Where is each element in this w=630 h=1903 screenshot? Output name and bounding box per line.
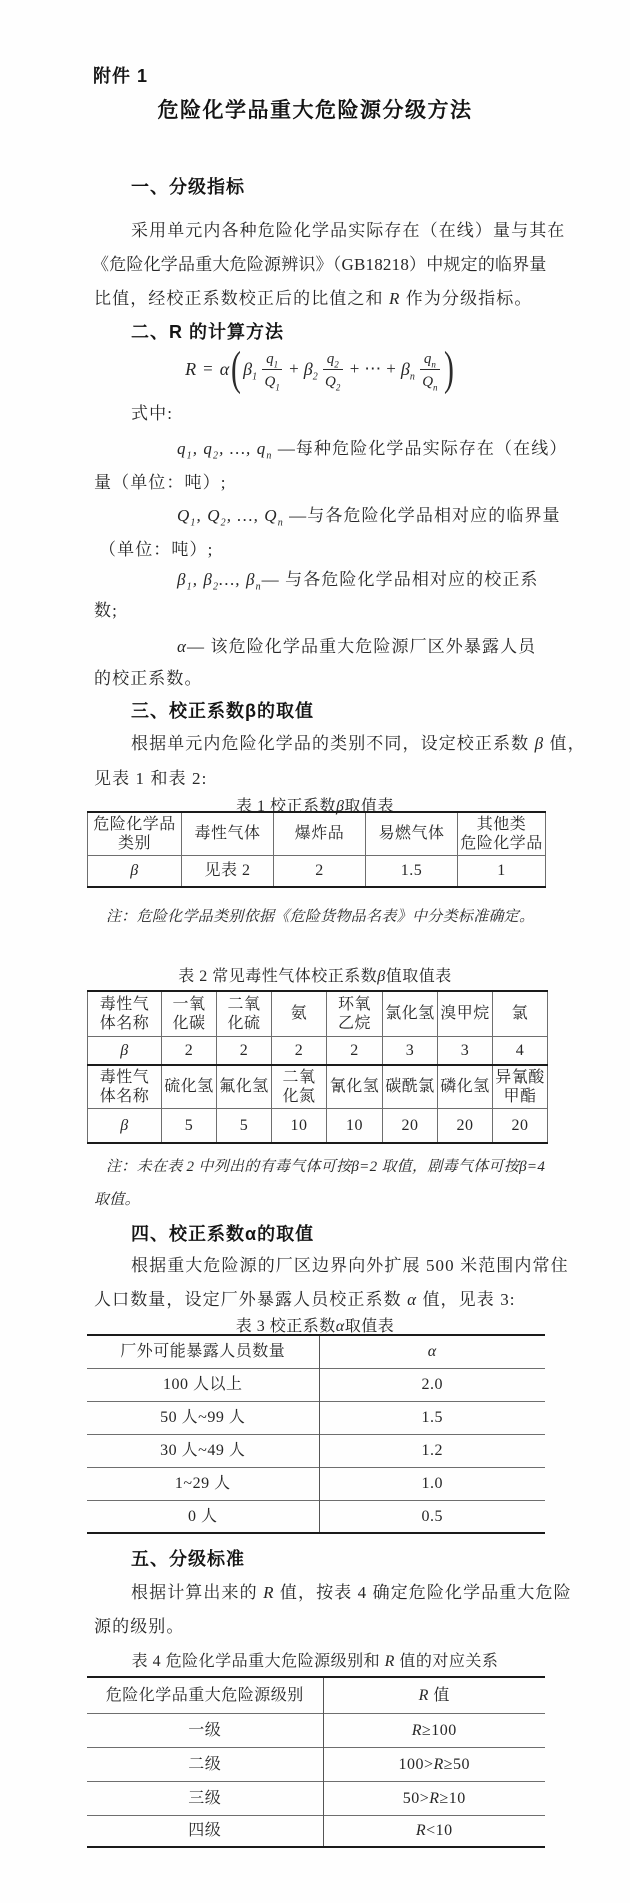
table-cell: 30 人~49 人 <box>87 1434 319 1467</box>
table-cell: 氟化氢 <box>217 1065 272 1108</box>
table-cell: 氯化氢 <box>383 991 438 1036</box>
table-cell: 毒性气体名称 <box>88 991 162 1036</box>
table-cell: 2 <box>274 855 366 887</box>
table-cell: β <box>88 1108 162 1143</box>
table-4-grade-r-mapping: 危险化学品重大危险源级别 R 值 一级 R≥100 二级 100>R≥50 三级… <box>87 1676 545 1848</box>
table-cell: 四级 <box>87 1815 323 1847</box>
formula-term-2: β2 <box>304 359 318 380</box>
table-cell: 二氧化氮 <box>272 1065 327 1108</box>
table-cell: 20 <box>383 1108 438 1143</box>
cdots: ⋯ <box>364 359 381 379</box>
table-cell: 4 <box>493 1036 548 1065</box>
table-cell: 一级 <box>87 1713 323 1747</box>
table-cell: 2 <box>217 1036 272 1065</box>
document-title: 危险化学品重大危险源分级方法 <box>0 94 630 124</box>
table-cell: 三级 <box>87 1781 323 1815</box>
table-2-toxic-gas-beta: 毒性气体名称 一氧化碳 二氧化硫 氨 环氧乙烷 氯化氢 溴甲烷 氯 β 2 2 … <box>87 990 548 1144</box>
def-q-line2: 量（单位：吨）; <box>94 468 227 493</box>
table-row: 危险化学品重大危险源级别 R 值 <box>87 1677 545 1713</box>
table-cell: 危险化学品类别 <box>88 812 182 855</box>
table-cell: 0.5 <box>319 1500 545 1533</box>
table-cell: β <box>88 855 182 887</box>
table-cell: 2 <box>327 1036 383 1065</box>
table-1-beta-values: 危险化学品类别 毒性气体 爆炸品 易燃气体 其他类危险化学品 β 见表 2 2 … <box>87 811 546 888</box>
table-cell: 其他类危险化学品 <box>458 812 546 855</box>
close-paren: ) <box>444 344 454 394</box>
paragraph-line: 人口数量，设定厂外暴露人员校正系数 α 值，见表 3: <box>94 1285 516 1310</box>
table-cell: 50>R≥10 <box>323 1781 545 1815</box>
table-cell: 100>R≥50 <box>323 1747 545 1781</box>
table-2-note-line2: 取值。 <box>94 1188 140 1209</box>
formula-term-n: βn <box>401 359 415 380</box>
table-cell: 50 人~99 人 <box>87 1401 319 1434</box>
table-cell: 氰化氢 <box>327 1065 383 1108</box>
table-cell: 碳酰氯 <box>383 1065 438 1108</box>
paragraph-line: 见表 1 和表 2: <box>94 764 207 789</box>
def-beta-line2: 数; <box>94 596 118 621</box>
table-cell: β <box>88 1036 162 1065</box>
table-2-caption: 表 2 常见毒性气体校正系数β值取值表 <box>0 963 630 986</box>
table-cell: 5 <box>162 1108 217 1143</box>
table-cell: 1.2 <box>319 1434 545 1467</box>
table-cell: 1.0 <box>319 1467 545 1500</box>
table-cell: 二氧化硫 <box>217 991 272 1036</box>
section-4-heading: 四、校正系数α的取值 <box>131 1220 314 1246</box>
table-row: 30 人~49 人 1.2 <box>87 1434 545 1467</box>
table-cell: 2 <box>272 1036 327 1065</box>
formula-alpha: α <box>220 359 229 380</box>
table-row: 100 人以上 2.0 <box>87 1368 545 1401</box>
plus-sign: + <box>350 359 360 379</box>
table-row: 毒性气体名称 硫化氢 氟化氢 二氧化氮 氰化氢 碳酰氯 磷化氢 异氰酸甲酯 <box>88 1065 548 1108</box>
table-row: β 见表 2 2 1.5 1 <box>88 855 546 887</box>
table-cell: 磷化氢 <box>438 1065 493 1108</box>
table-cell: 异氰酸甲酯 <box>493 1065 548 1108</box>
section-5-heading: 五、分级标准 <box>131 1545 245 1571</box>
fraction-2: q2 Q2 <box>323 349 343 390</box>
table-cell: 爆炸品 <box>274 812 366 855</box>
paragraph-line: 比值，经校正系数校正后的比值之和 R 作为分级指标。 <box>94 284 533 309</box>
table-cell: 溴甲烷 <box>438 991 493 1036</box>
table-3-caption: 表 3 校正系数α取值表 <box>0 1313 630 1336</box>
table-cell: 3 <box>383 1036 438 1065</box>
table-row: 毒性气体名称 一氧化碳 二氧化硫 氨 环氧乙烷 氯化氢 溴甲烷 氯 <box>88 991 548 1036</box>
table-cell: 氯 <box>493 991 548 1036</box>
open-paren: ( <box>231 344 241 394</box>
table-row: 危险化学品类别 毒性气体 爆炸品 易燃气体 其他类危险化学品 <box>88 812 546 855</box>
table-cell: 0 人 <box>87 1500 319 1533</box>
section-1-heading: 一、分级指标 <box>131 173 245 199</box>
formula-term-1: β1 <box>243 359 257 380</box>
table-row: β 2 2 2 2 3 3 4 <box>88 1036 548 1065</box>
formula-equals: = <box>203 359 213 379</box>
table-row: β 5 5 10 10 20 20 20 <box>88 1108 548 1143</box>
table-cell: 2 <box>162 1036 217 1065</box>
table-cell: 1.5 <box>366 855 458 887</box>
document-page: 附件 1 危险化学品重大危险源分级方法 一、分级指标 采用单元内各种危险化学品实… <box>0 0 630 1903</box>
table-cell: R 值 <box>323 1677 545 1713</box>
attachment-label: 附件 1 <box>93 62 148 88</box>
table-row: 50 人~99 人 1.5 <box>87 1401 545 1434</box>
table-cell: 环氧乙烷 <box>327 991 383 1036</box>
formula-lhs: R <box>185 359 196 380</box>
def-Q-line1: Q1, Q2, …, Qn —与各危险化学品相对应的临界量 <box>177 501 561 526</box>
table-row: 0 人 0.5 <box>87 1500 545 1533</box>
table-cell: 2.0 <box>319 1368 545 1401</box>
table-row: 一级 R≥100 <box>87 1713 545 1747</box>
table-cell: 1 <box>458 855 546 887</box>
table-row: 三级 50>R≥10 <box>87 1781 545 1815</box>
table-row: 四级 R<10 <box>87 1815 545 1847</box>
table-cell: 10 <box>327 1108 383 1143</box>
table-cell: 氨 <box>272 991 327 1036</box>
table-cell: R<10 <box>323 1815 545 1847</box>
plus-sign: + <box>386 359 396 379</box>
table-cell: R≥100 <box>323 1713 545 1747</box>
section-3-heading: 三、校正系数β的取值 <box>131 697 314 723</box>
paragraph-line: 采用单元内各种危险化学品实际存在（在线）量与其在 <box>131 216 565 241</box>
fraction-1: q1 Q1 <box>262 349 282 390</box>
table-cell: 毒性气体名称 <box>88 1065 162 1108</box>
table-cell: α <box>319 1335 545 1368</box>
table-cell: 易燃气体 <box>366 812 458 855</box>
where-label: 式中: <box>131 399 173 424</box>
table-cell: 10 <box>272 1108 327 1143</box>
def-q-line1: q1, q2, …, qn —每种危险化学品实际存在（在线） <box>177 434 567 459</box>
r-formula: R = α ( β1 q1 Q1 + β2 q2 Q2 + ⋯ + βn qn … <box>94 341 544 397</box>
table-cell: 100 人以上 <box>87 1368 319 1401</box>
table-cell: 厂外可能暴露人员数量 <box>87 1335 319 1368</box>
table-4-caption: 表 4 危险化学品重大危险源级别和 R 值的对应关系 <box>0 1648 630 1671</box>
table-cell: 一氧化碳 <box>162 991 217 1036</box>
table-cell: 二级 <box>87 1747 323 1781</box>
table-row: 1~29 人 1.0 <box>87 1467 545 1500</box>
def-Q-line2: （单位：吨）; <box>99 535 213 560</box>
table-cell: 5 <box>217 1108 272 1143</box>
table-cell: 危险化学品重大危险源级别 <box>87 1677 323 1713</box>
paragraph-line: 根据重大危险源的厂区边界向外扩展 500 米范围内常住 <box>131 1251 569 1276</box>
table-cell: 见表 2 <box>182 855 274 887</box>
table-cell: 3 <box>438 1036 493 1065</box>
paragraph-line: 根据计算出来的 R 值，按表 4 确定危险化学品重大危险 <box>131 1578 572 1603</box>
table-cell: 硫化氢 <box>162 1065 217 1108</box>
def-beta-line1: β1, β2…, βn— 与各危险化学品相对应的校正系 <box>177 565 539 590</box>
table-cell: 20 <box>493 1108 548 1143</box>
table-cell: 1.5 <box>319 1401 545 1434</box>
table-1-note: 注：危险化学品类别依据《危险货物品名表》中分类标准确定。 <box>106 905 534 926</box>
paragraph-line: 源的级别。 <box>94 1612 185 1637</box>
paragraph-line: 《危险化学品重大危险源辨识》（GB18218）中规定的临界量 <box>92 250 547 275</box>
paragraph-line: 根据单元内危险化学品的类别不同，设定校正系数 β 值， <box>131 729 586 754</box>
table-row: 厂外可能暴露人员数量 α <box>87 1335 545 1368</box>
table-row: 二级 100>R≥50 <box>87 1747 545 1781</box>
table-cell: 1~29 人 <box>87 1467 319 1500</box>
plus-sign: + <box>289 359 299 379</box>
table-cell: 毒性气体 <box>182 812 274 855</box>
table-cell: 20 <box>438 1108 493 1143</box>
def-alpha-line2: 的校正系数。 <box>94 664 203 689</box>
fraction-n: qn Qn <box>420 349 440 390</box>
table-2-note-line1: 注：未在表 2 中列出的有毒气体可按β=2 取值，剧毒气体可按β=4 <box>106 1155 545 1176</box>
def-alpha-line1: α— 该危险化学品重大危险源厂区外暴露人员 <box>177 632 536 657</box>
table-3-alpha-values: 厂外可能暴露人员数量 α 100 人以上 2.0 50 人~99 人 1.5 3… <box>87 1334 545 1534</box>
